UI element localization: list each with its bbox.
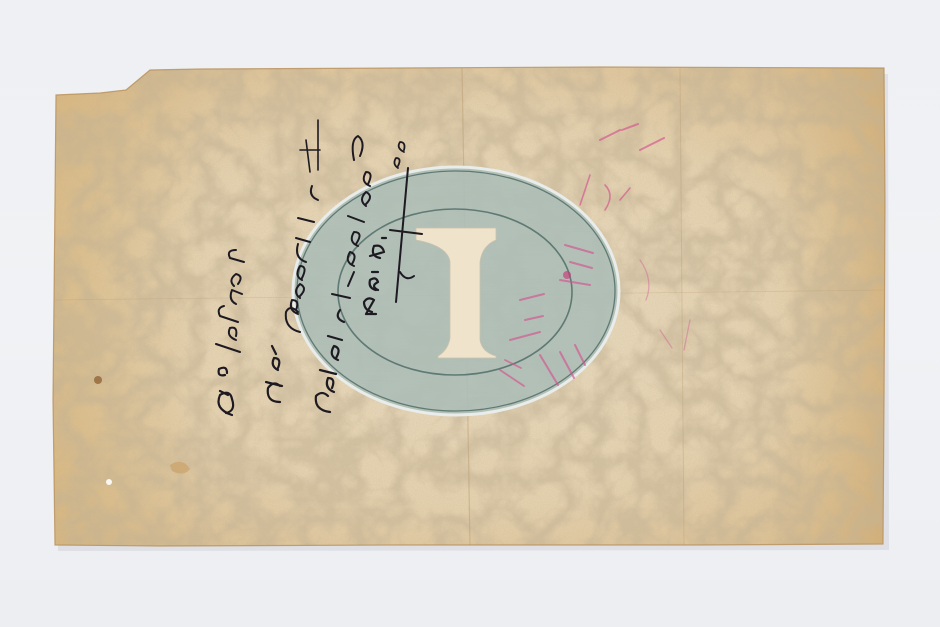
photo-scene — [0, 0, 940, 627]
banknote-photo — [0, 0, 940, 627]
central-medallion — [290, 165, 622, 417]
